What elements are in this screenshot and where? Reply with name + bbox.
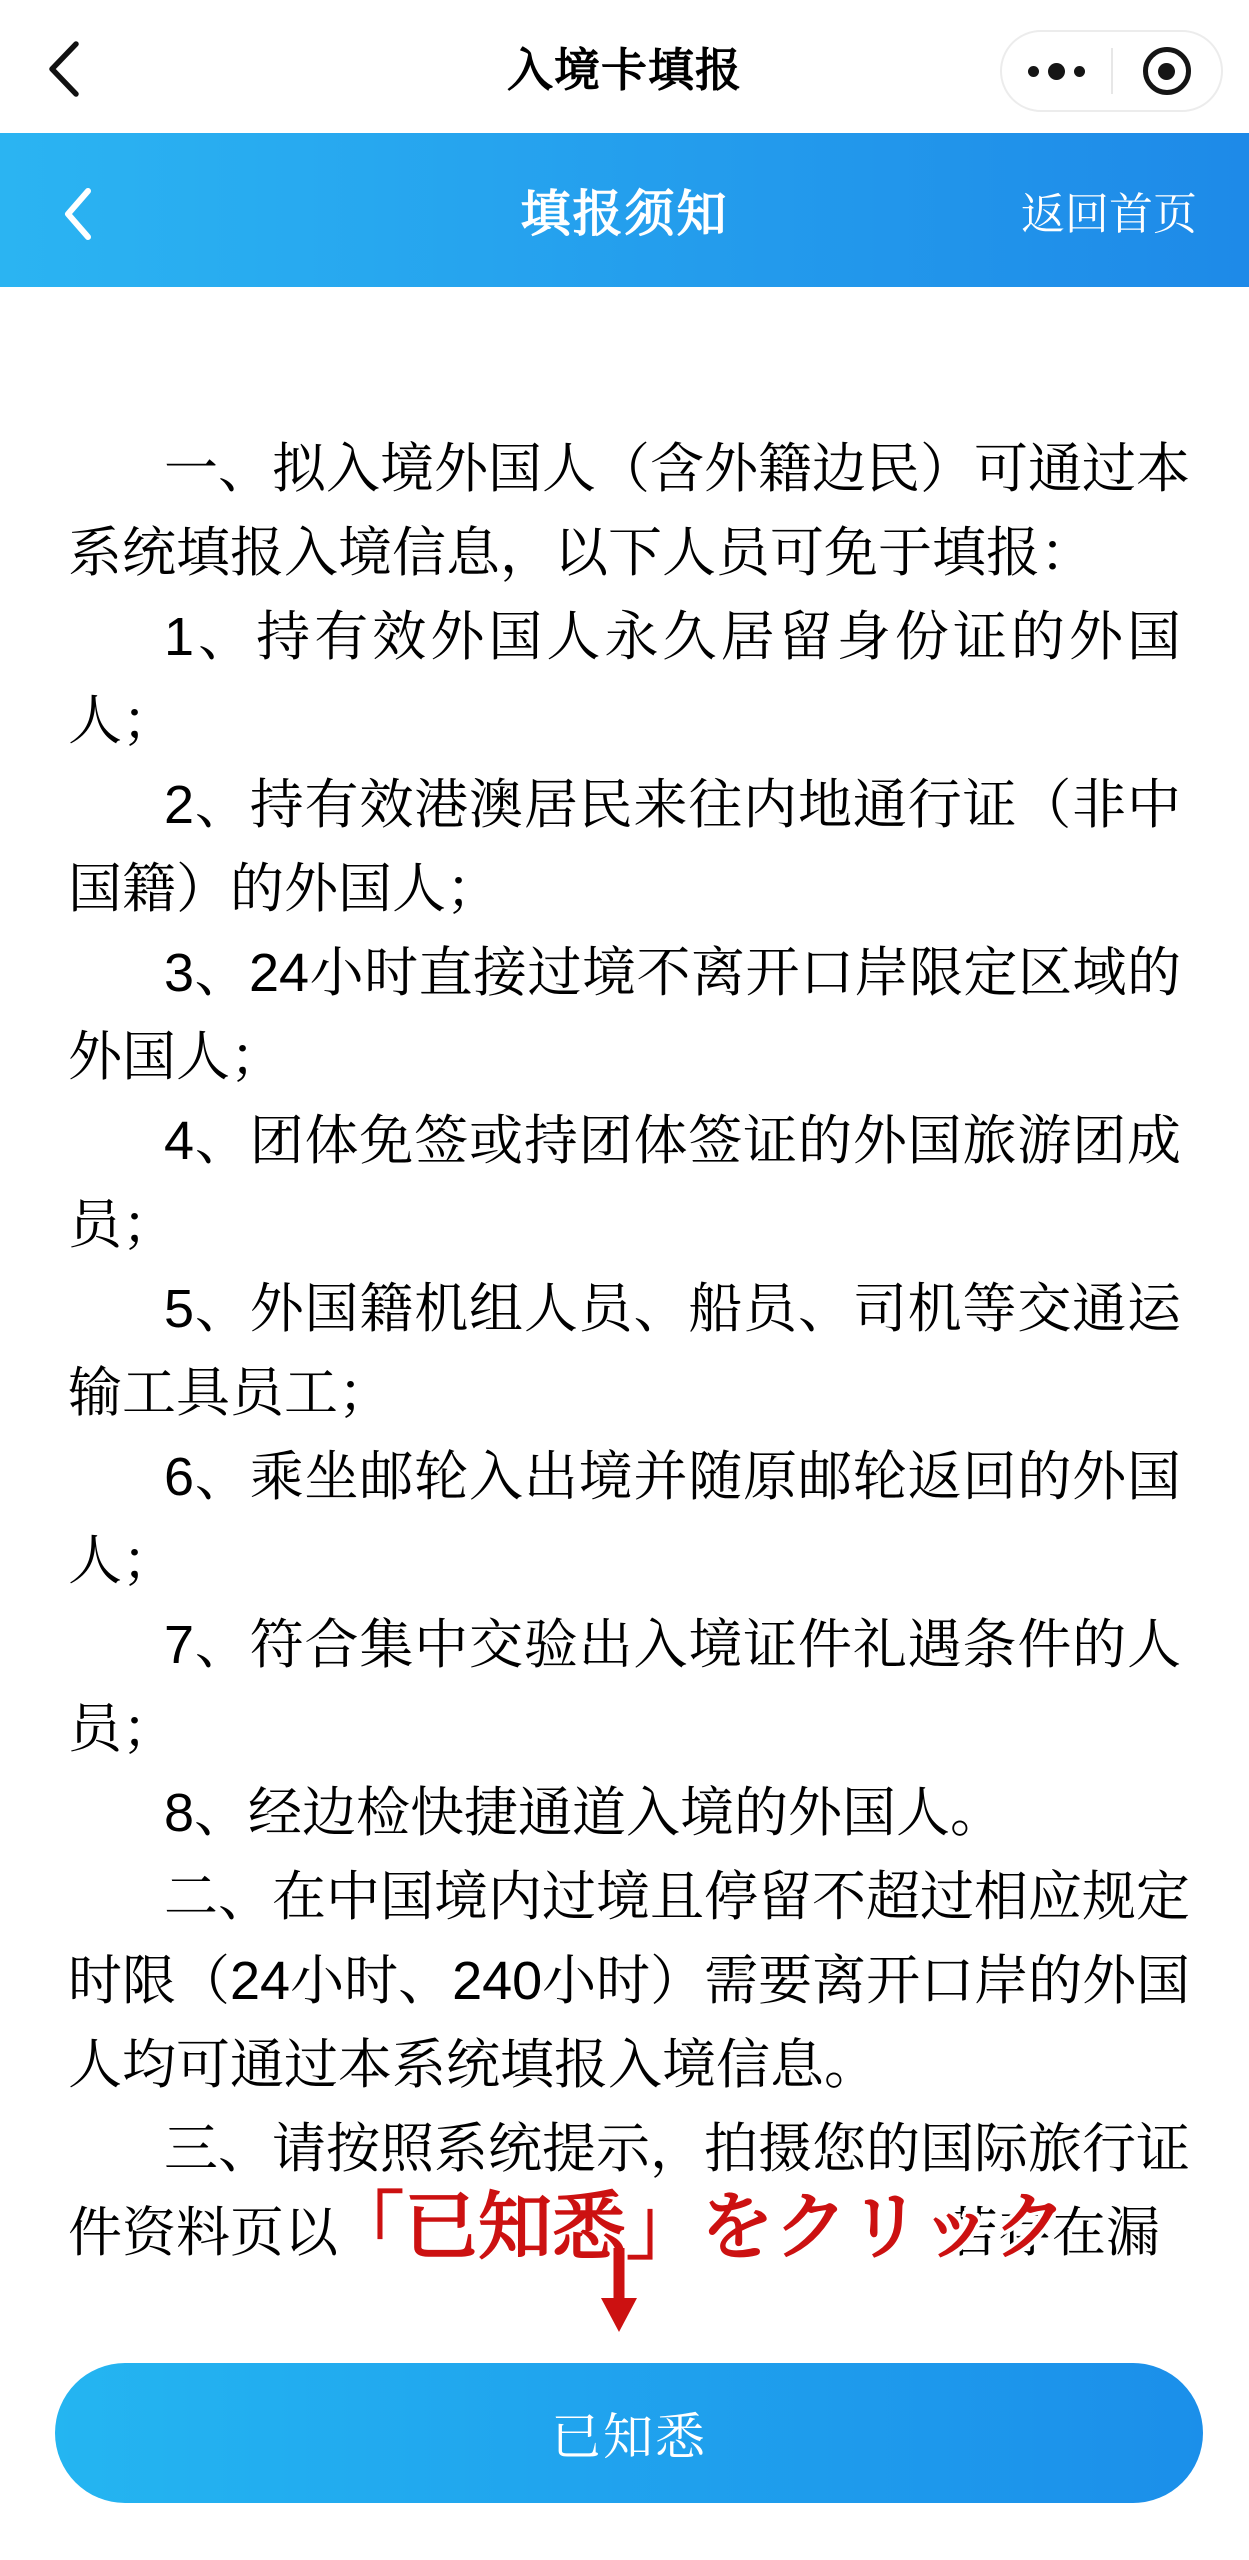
notice-line: 7、符合集中交验出入境证件礼遇条件的人 [68,1603,1181,1687]
return-home-link[interactable]: 返回首页 [1021,133,1197,287]
down-arrow-icon [597,2246,641,2339]
notice-line: 系统填报入境信息，以下人员可免于填报： [68,511,1181,595]
notice-line: 人均可通过本系统填报入境信息。 [68,2023,1181,2107]
notice-line: 6、乘坐邮轮入出境并随原邮轮返回的外国 [68,1435,1181,1519]
notice-line: 1、持有效外国人永久居留身份证的外国 [68,595,1181,679]
notice-line: 人； [68,1519,1181,1603]
notice-text: 一、拟入境外国人（含外籍边民）可通过本系统填报入境信息，以下人员可免于填报：1、… [0,287,1249,2307]
mini-program-page: 入境卡填报 填报须知 返回首页 一、拟入境外国人（含外籍边民）可通过本系统填报入… [0,0,1249,2560]
page-header: 填报须知 返回首页 [0,133,1249,287]
target-icon [1143,47,1191,95]
notice-line: 一、拟入境外国人（含外籍边民）可通过本 [68,427,1181,511]
notice-line: 8、经边检快捷通道入境的外国人。 [68,1771,1181,1855]
notice-line: 员； [68,1183,1181,1267]
notice-line: 国籍）的外国人； [68,847,1181,931]
notice-line: 外国人； [68,1015,1181,1099]
acknowledge-button[interactable]: 已知悉 [55,2363,1203,2503]
exit-button[interactable] [1113,32,1222,110]
tutorial-annotation: 「已知悉」をクリック [330,2168,1067,2274]
notice-line: 4、团体免签或持团体签证的外国旅游团成 [68,1099,1181,1183]
app-bar: 入境卡填报 [0,0,1249,133]
notice-line: 二、在中国境内过境且停留不超过相应规定 [68,1855,1181,1939]
notice-line: 员； [68,1687,1181,1771]
notice-line: 5、外国籍机组人员、船员、司机等交通运 [68,1267,1181,1351]
notice-line: 输工具员工； [68,1351,1181,1435]
ellipsis-icon [1028,63,1085,80]
more-menu-button[interactable] [1002,32,1111,110]
notice-line: 时限（24小时、240小时）需要离开口岸的外国 [68,1939,1181,2023]
capsule-menu [1000,30,1223,112]
notice-line: 3、24小时直接过境不离开口岸限定区域的 [68,931,1181,1015]
notice-line: 2、持有效港澳居民来往内地通行证（非中 [68,763,1181,847]
notice-line: 人； [68,679,1181,763]
